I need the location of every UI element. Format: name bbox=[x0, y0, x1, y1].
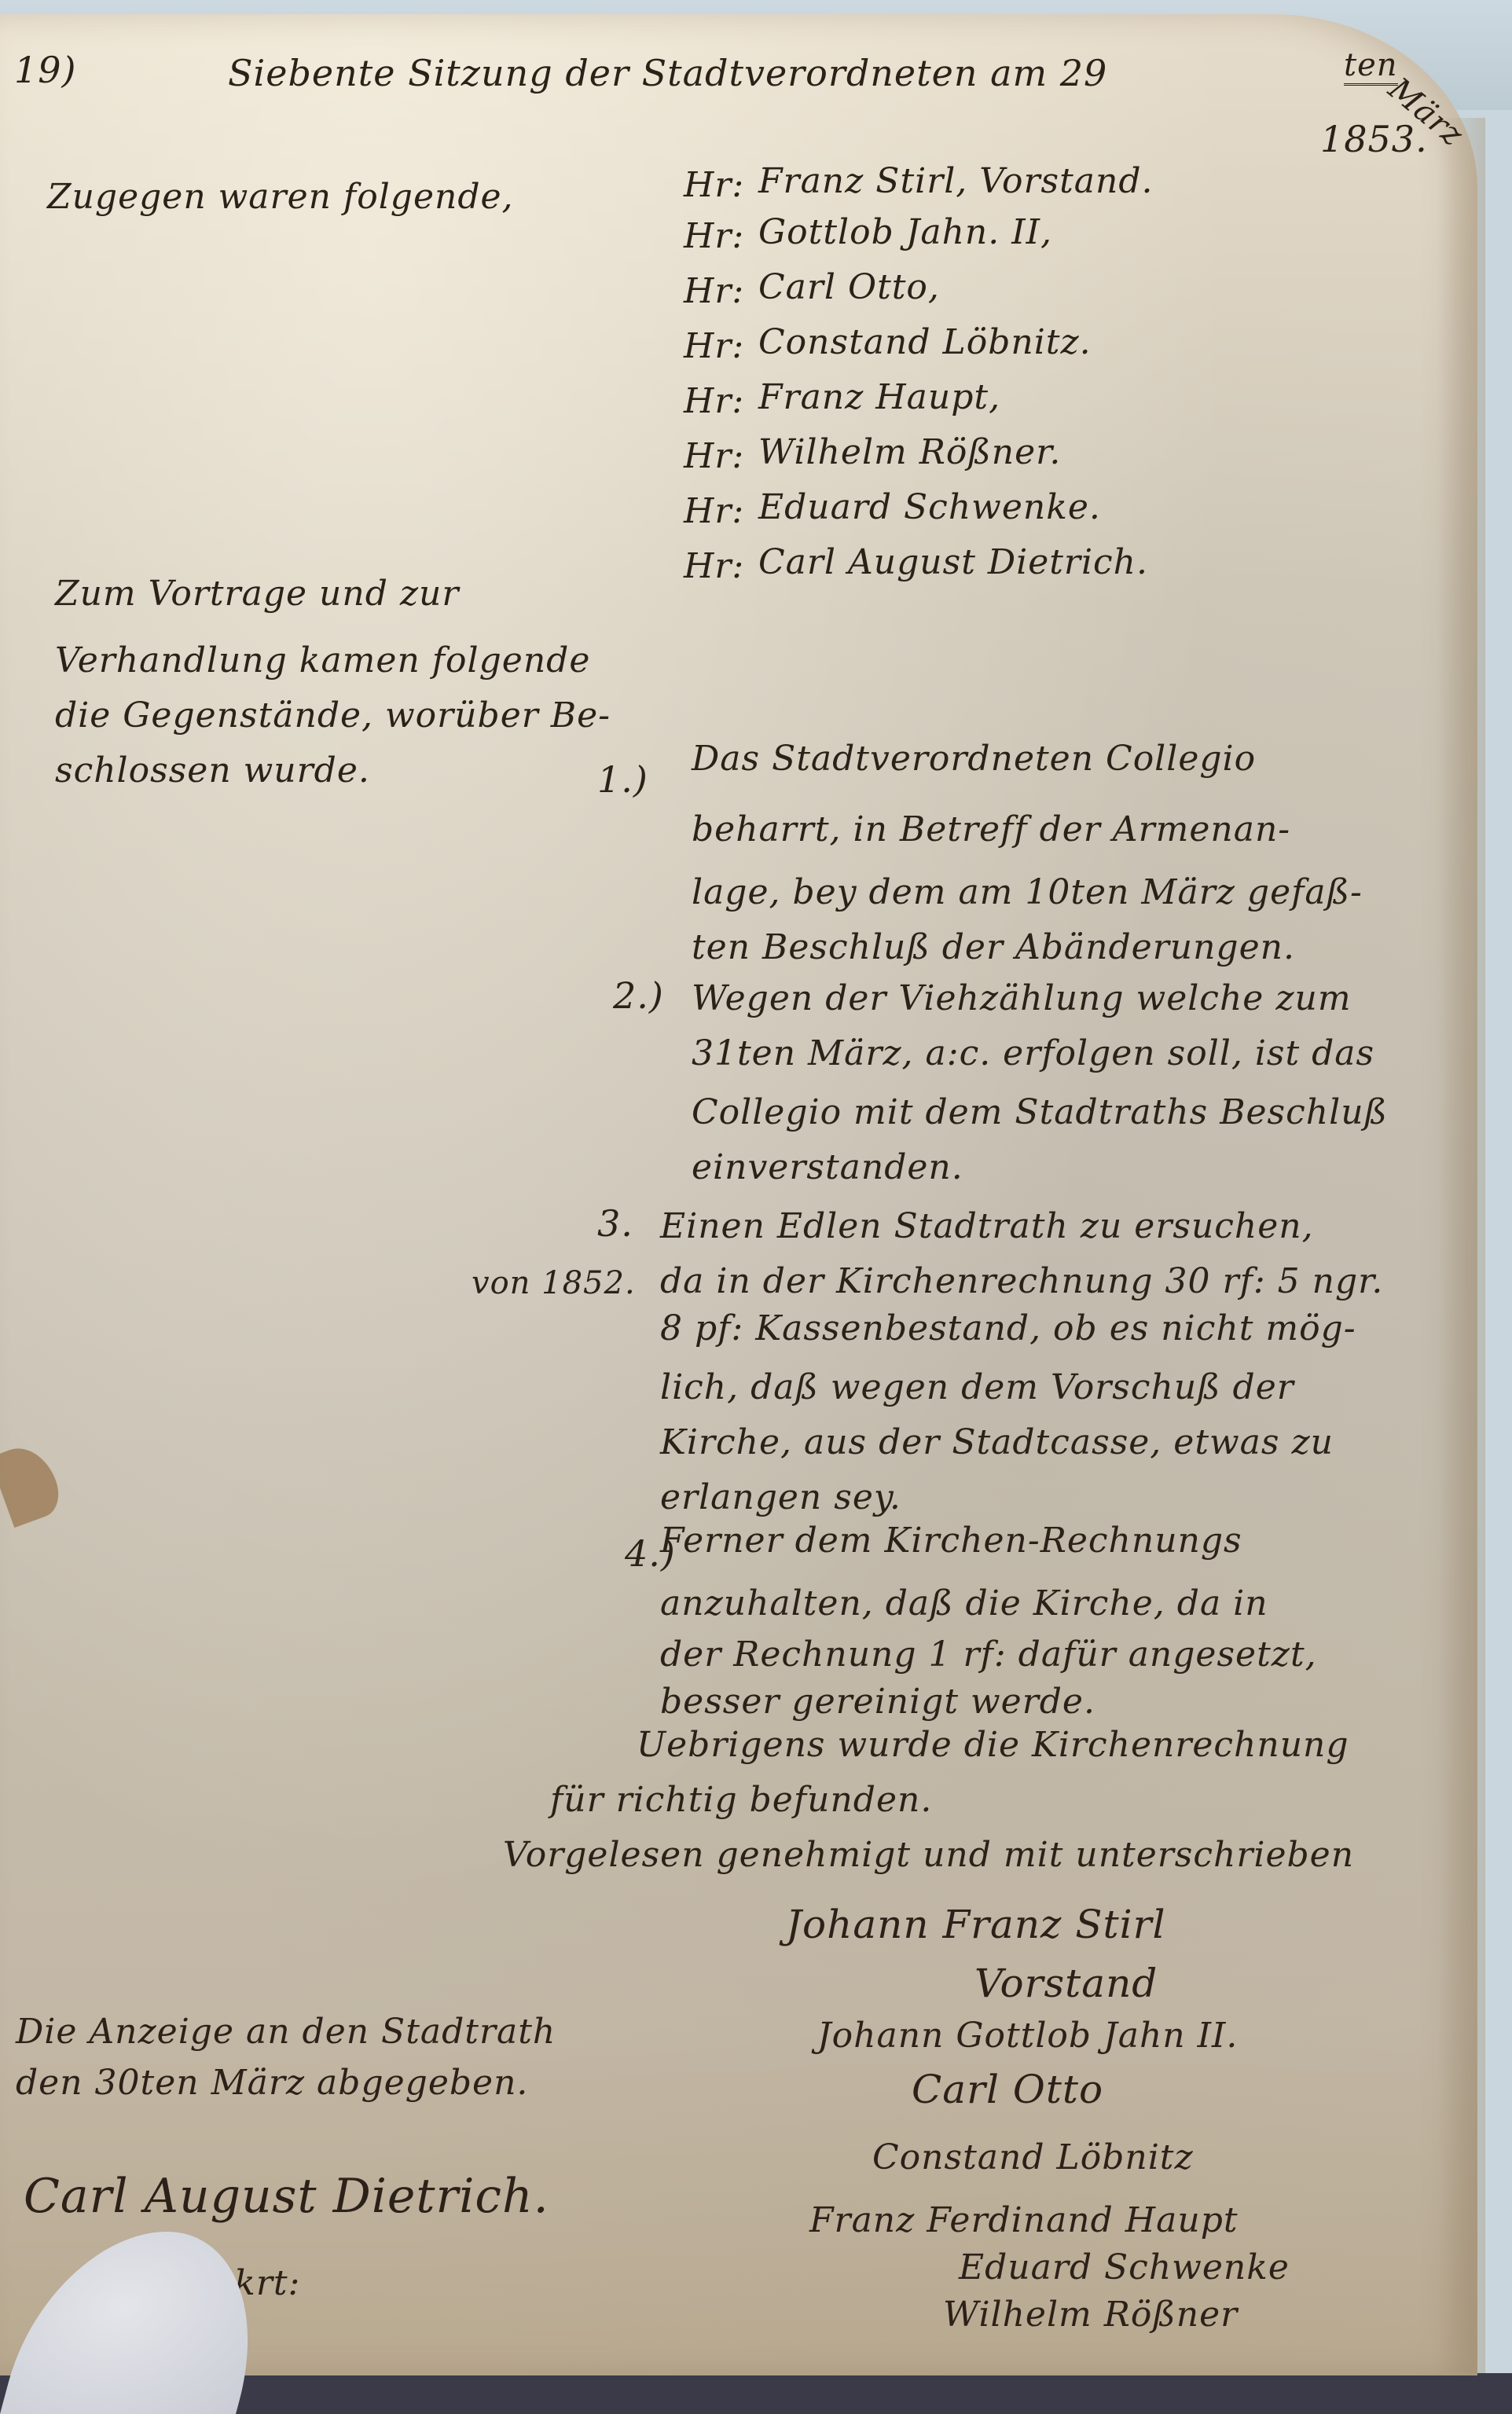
secretary-name: Carl August Dietrich. bbox=[24, 2169, 549, 2224]
item-line: Kirche, aus der Stadtcasse, etwas zu bbox=[660, 1422, 1334, 1462]
title-date-suffix: ten bbox=[1344, 47, 1398, 86]
item-line: Das Stadtverordneten Collegio bbox=[692, 739, 1256, 779]
attendee-prefix: Hr: bbox=[684, 491, 744, 531]
signature: Johann Franz Stirl bbox=[786, 1902, 1166, 1947]
closing-line: Uebrigens wurde die Kirchenrechnung bbox=[637, 1725, 1349, 1765]
item-line: einverstanden. bbox=[692, 1147, 963, 1187]
item-line: Wegen der Viehzählung welche zum bbox=[692, 978, 1352, 1018]
signature-role: Vorstand bbox=[974, 1961, 1158, 2006]
attendee-prefix: Hr: bbox=[684, 381, 744, 421]
item-number: 3. bbox=[597, 1202, 633, 1245]
item-number: 2.) bbox=[613, 974, 664, 1017]
title-year: 1853. bbox=[1320, 118, 1428, 160]
signature: Wilhelm Rößner bbox=[943, 2295, 1238, 2335]
item-line: besser gereinigt werde. bbox=[660, 1682, 1095, 1722]
attendee-name: Franz Haupt, bbox=[758, 377, 1000, 417]
item-line: 31ten März, a:c. erfolgen soll, ist das bbox=[692, 1033, 1374, 1073]
item-line: ten Beschluß der Abänderungen. bbox=[692, 927, 1295, 967]
attendees-intro: Zugegen waren folgende, bbox=[47, 177, 514, 217]
page-binding-edge bbox=[1438, 118, 1485, 2373]
item-line: 8 pf: Kassenbestand, ob es nicht mög- bbox=[660, 1308, 1356, 1348]
item-margin-note: von 1852. bbox=[472, 1265, 636, 1301]
item-line: Ferner dem Kirchen-Rechnungs bbox=[660, 1521, 1242, 1561]
item-line: da in der Kirchenrechnung 30 rf: 5 ngr. bbox=[660, 1261, 1383, 1301]
item-line: lich, daß wegen dem Vorschuß der bbox=[660, 1367, 1294, 1407]
signature: Carl Otto bbox=[912, 2067, 1103, 2112]
signature: Franz Ferdinand Haupt bbox=[809, 2200, 1239, 2240]
page-number: 19) bbox=[14, 49, 76, 91]
agenda-intro-line: schlossen wurde. bbox=[55, 750, 370, 791]
item-line: lage, bey dem am 10ten März gefaß- bbox=[692, 872, 1363, 912]
page-title: Siebente Sitzung der Stadtverordneten am… bbox=[228, 52, 1107, 94]
agenda-intro-line: Zum Vortrage und zur bbox=[55, 574, 459, 614]
item-line: erlangen sey. bbox=[660, 1477, 901, 1517]
item-line: Einen Edlen Stadtrath zu ersuchen, bbox=[660, 1206, 1314, 1246]
item-number: 1.) bbox=[597, 758, 648, 801]
signature: Johann Gottlob Jahn II. bbox=[817, 2016, 1238, 2056]
item-line: anzuhalten, daß die Kirche, da in bbox=[660, 1583, 1268, 1623]
agenda-intro-line: Verhandlung kamen folgende bbox=[55, 640, 590, 681]
attendee-prefix: Hr: bbox=[684, 436, 744, 476]
attendee-prefix: Hr: bbox=[684, 326, 744, 366]
attendee-prefix: Hr: bbox=[684, 165, 744, 205]
item-line: Collegio mit dem Stadtraths Beschluß bbox=[692, 1092, 1388, 1132]
margin-note-line: den 30ten März abgegeben. bbox=[16, 2063, 528, 2103]
attendee-prefix: Hr: bbox=[684, 216, 744, 256]
attendee-prefix: Hr: bbox=[684, 271, 744, 311]
attendee-name: Wilhelm Rößner. bbox=[758, 432, 1061, 472]
closing-line: für richtig befunden. bbox=[550, 1780, 932, 1820]
attendee-name: Franz Stirl, Vorstand. bbox=[758, 161, 1154, 201]
attendee-name: Carl August Dietrich. bbox=[758, 542, 1148, 582]
signature: Eduard Schwenke bbox=[959, 2247, 1290, 2287]
closing-line: Vorgelesen genehmigt und mit unterschrie… bbox=[503, 1835, 1354, 1875]
attendee-name: Carl Otto, bbox=[758, 267, 940, 307]
attendee-prefix: Hr: bbox=[684, 546, 744, 586]
margin-note-line: Die Anzeige an den Stadtrath bbox=[16, 2012, 556, 2052]
attendee-name: Constand Löbnitz. bbox=[758, 322, 1092, 362]
attendee-name: Gottlob Jahn. II, bbox=[758, 212, 1052, 252]
signature: Constand Löbnitz bbox=[872, 2137, 1194, 2177]
item-line: beharrt, in Betreff der Armenan- bbox=[692, 809, 1290, 849]
attendee-name: Eduard Schwenke. bbox=[758, 487, 1101, 527]
item-line: der Rechnung 1 rf: dafür angesetzt, bbox=[660, 1634, 1317, 1675]
agenda-intro-line: die Gegenstände, worüber Be- bbox=[55, 695, 611, 736]
